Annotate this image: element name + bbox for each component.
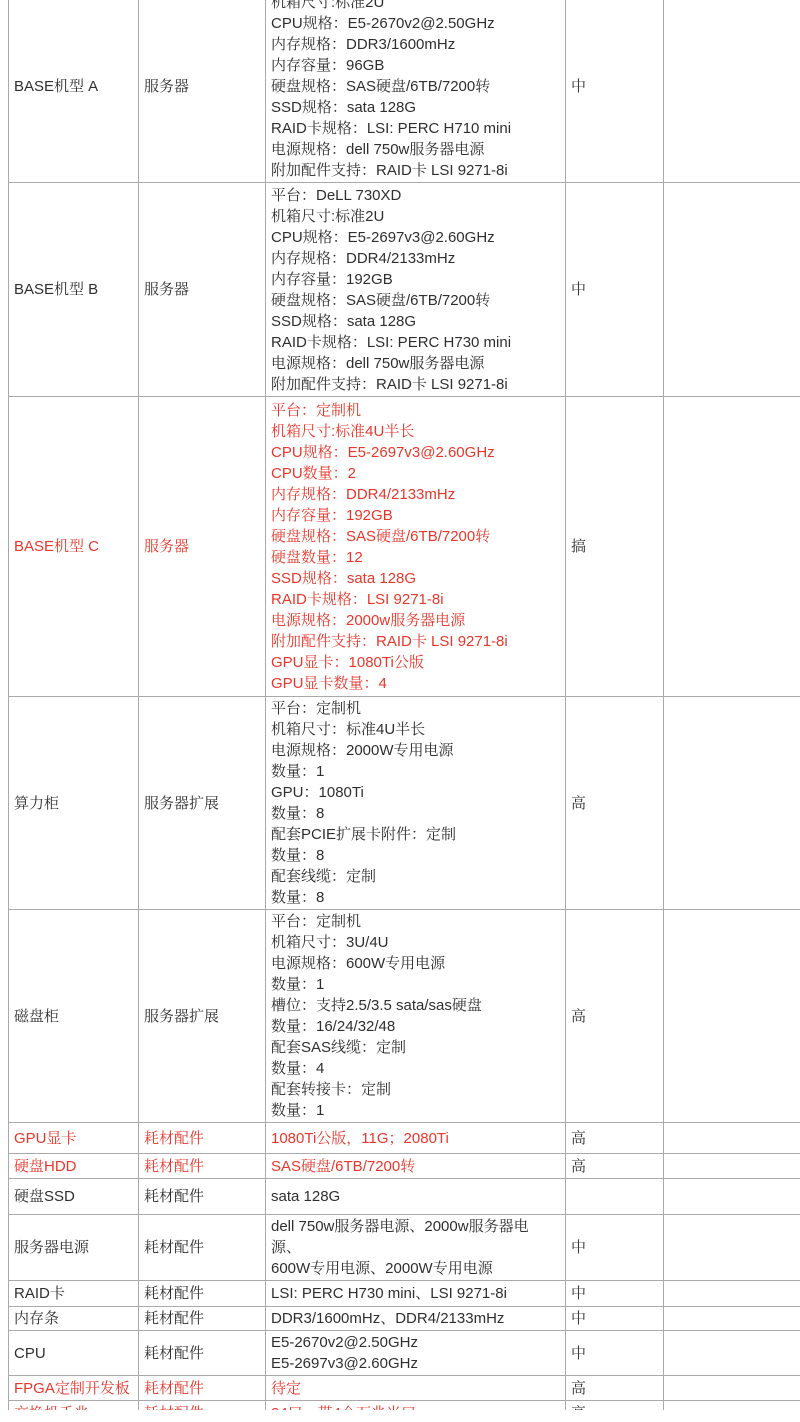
hardware-spec-table: BASE机型 A 服务器 机箱尺寸:标准2U CPU规格：E5-2670v2@2… <box>8 0 800 1410</box>
cell-empty <box>664 1154 800 1179</box>
cell-type: 耗材配件 <box>139 1281 266 1307</box>
cell-priority: 高 <box>566 697 664 910</box>
cell-empty <box>664 397 800 697</box>
cell-name: GPU显卡 <box>9 1123 139 1154</box>
cell-priority: 高 <box>566 1401 664 1411</box>
cell-spec: 机箱尺寸:标准2U CPU规格：E5-2670v2@2.50GHz 内存规格：D… <box>266 0 566 183</box>
cell-spec: 平台：定制机 机箱尺寸：3U/4U 电源规格：600W专用电源 数量：1 槽位：… <box>266 910 566 1123</box>
table-row: RAID卡 耗材配件 LSI: PERC H730 mini、LSI 9271-… <box>9 1281 800 1307</box>
cell-spec: 平台：定制机 机箱尺寸:标准4U半长 CPU规格：E5-2697v3@2.60G… <box>266 397 566 697</box>
table-row: CPU 耗材配件 E5-2670v2@2.50GHz E5-2697v3@2.6… <box>9 1331 800 1376</box>
cell-name: BASE机型 C <box>9 397 139 697</box>
cell-type: 耗材配件 <box>139 1331 266 1376</box>
cell-type: 耗材配件 <box>139 1123 266 1154</box>
cell-priority: 中 <box>566 1331 664 1376</box>
cell-type: 耗材配件 <box>139 1215 266 1281</box>
cell-type: 耗材配件 <box>139 1376 266 1401</box>
cell-priority <box>566 1179 664 1215</box>
cell-empty <box>664 1123 800 1154</box>
cell-name: 算力柜 <box>9 697 139 910</box>
cell-spec: 平台：DeLL 730XD 机箱尺寸:标准2U CPU规格：E5-2697v3@… <box>266 183 566 397</box>
table-row: 内存条 耗材配件 DDR3/1600mHz、DDR4/2133mHz 中 <box>9 1307 800 1331</box>
cell-name: 磁盘柜 <box>9 910 139 1123</box>
table-row: FPGA定制开发板 耗材配件 待定 高 <box>9 1376 800 1401</box>
cell-name: RAID卡 <box>9 1281 139 1307</box>
cell-priority: 高 <box>566 910 664 1123</box>
table-row: BASE机型 B 服务器 平台：DeLL 730XD 机箱尺寸:标准2U CPU… <box>9 183 800 397</box>
cell-spec: 平台：定制机 机箱尺寸：标准4U半长 电源规格：2000W专用电源 数量：1 G… <box>266 697 566 910</box>
cell-type: 耗材配件 <box>139 1154 266 1179</box>
cell-spec: E5-2670v2@2.50GHz E5-2697v3@2.60GHz <box>266 1331 566 1376</box>
cell-empty <box>664 1376 800 1401</box>
cell-priority: 中 <box>566 1281 664 1307</box>
cell-name: 交换机千兆 <box>9 1401 139 1411</box>
cell-name: BASE机型 A <box>9 0 139 183</box>
cell-empty <box>664 183 800 397</box>
cell-priority: 高 <box>566 1376 664 1401</box>
table-row: 服务器电源 耗材配件 dell 750w服务器电源、2000w服务器电 源、 6… <box>9 1215 800 1281</box>
cell-spec: sata 128G <box>266 1179 566 1215</box>
cell-empty <box>664 0 800 183</box>
table-row: 算力柜 服务器扩展 平台：定制机 机箱尺寸：标准4U半长 电源规格：2000W专… <box>9 697 800 910</box>
cell-priority: 中 <box>566 183 664 397</box>
table-row: 硬盘SSD 耗材配件 sata 128G <box>9 1179 800 1215</box>
table-row: 硬盘HDD 耗材配件 SAS硬盘/6TB/7200转 高 <box>9 1154 800 1179</box>
cell-spec: dell 750w服务器电源、2000w服务器电 源、 600W专用电源、200… <box>266 1215 566 1281</box>
cell-type: 服务器扩展 <box>139 910 266 1123</box>
cell-empty <box>664 1401 800 1411</box>
cell-spec: 24口，带4个万兆光口 <box>266 1401 566 1411</box>
cell-empty <box>664 1281 800 1307</box>
cell-empty <box>664 1215 800 1281</box>
cell-name: FPGA定制开发板 <box>9 1376 139 1401</box>
cell-empty <box>664 910 800 1123</box>
cell-name: 硬盘SSD <box>9 1179 139 1215</box>
cell-spec: SAS硬盘/6TB/7200转 <box>266 1154 566 1179</box>
cell-name: 服务器电源 <box>9 1215 139 1281</box>
cell-spec: 1080Ti公版，11G；2080Ti <box>266 1123 566 1154</box>
cell-empty <box>664 1307 800 1331</box>
cell-type: 服务器 <box>139 183 266 397</box>
cell-spec: 待定 <box>266 1376 566 1401</box>
table-viewport: BASE机型 A 服务器 机箱尺寸:标准2U CPU规格：E5-2670v2@2… <box>8 0 800 1410</box>
cell-type: 服务器扩展 <box>139 697 266 910</box>
cell-priority: 中 <box>566 1215 664 1281</box>
cell-priority: 高 <box>566 1154 664 1179</box>
cell-empty <box>664 1179 800 1215</box>
table-row: 磁盘柜 服务器扩展 平台：定制机 机箱尺寸：3U/4U 电源规格：600W专用电… <box>9 910 800 1123</box>
spreadsheet-page: BASE机型 A 服务器 机箱尺寸:标准2U CPU规格：E5-2670v2@2… <box>0 0 800 1422</box>
cell-priority: 搞 <box>566 397 664 697</box>
cell-name: 硬盘HDD <box>9 1154 139 1179</box>
table-row: BASE机型 C 服务器 平台：定制机 机箱尺寸:标准4U半长 CPU规格：E5… <box>9 397 800 697</box>
cell-type: 耗材配件 <box>139 1401 266 1411</box>
cell-name: 内存条 <box>9 1307 139 1331</box>
table-row: BASE机型 A 服务器 机箱尺寸:标准2U CPU规格：E5-2670v2@2… <box>9 0 800 183</box>
cell-type: 耗材配件 <box>139 1179 266 1215</box>
cell-empty <box>664 697 800 910</box>
cell-spec: LSI: PERC H730 mini、LSI 9271-8i <box>266 1281 566 1307</box>
cell-type: 耗材配件 <box>139 1307 266 1331</box>
cell-spec: DDR3/1600mHz、DDR4/2133mHz <box>266 1307 566 1331</box>
cell-priority: 中 <box>566 0 664 183</box>
table-row: GPU显卡 耗材配件 1080Ti公版，11G；2080Ti 高 <box>9 1123 800 1154</box>
cell-priority: 高 <box>566 1123 664 1154</box>
cell-type: 服务器 <box>139 0 266 183</box>
cell-type: 服务器 <box>139 397 266 697</box>
cell-priority: 中 <box>566 1307 664 1331</box>
cell-empty <box>664 1331 800 1376</box>
cell-name: BASE机型 B <box>9 183 139 397</box>
cell-name: CPU <box>9 1331 139 1376</box>
table-row: 交换机千兆 耗材配件 24口，带4个万兆光口 高 <box>9 1401 800 1411</box>
